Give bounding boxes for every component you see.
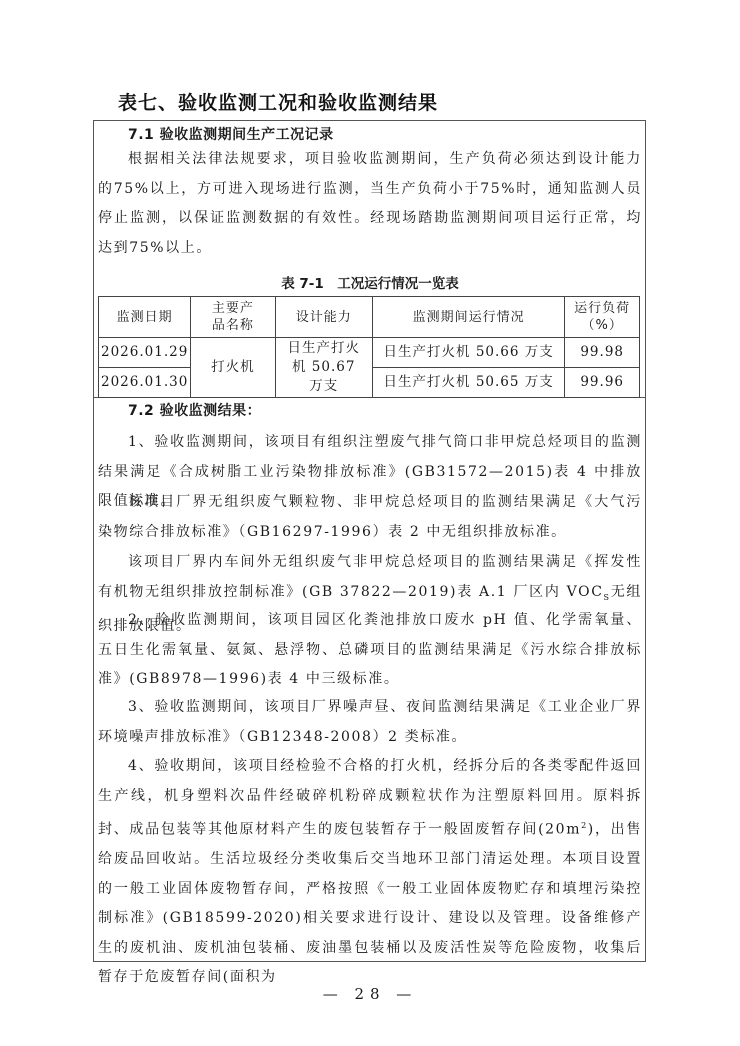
cell-date: 2026.01.29	[99, 338, 191, 368]
header-operation: 监测期间运行情况	[372, 297, 564, 338]
section-7-1-heading: 7.1 验收监测期间生产工况记录	[128, 124, 334, 144]
cell-operation: 日生产打火机 50.65 万支	[372, 368, 564, 398]
result-paragraph-5: 3、验收监测期间，该项目厂界噪声昼、夜间监测结果满足《工业企业厂界环境噪声排放标…	[98, 693, 642, 752]
table-header-row: 监测日期 主要产品名称 设计能力 监测期间运行情况 运行负荷（%）	[99, 297, 640, 338]
cell-product: 打火机	[191, 338, 275, 398]
header-product: 主要产品名称	[191, 297, 275, 338]
header-date: 监测日期	[99, 297, 191, 338]
section-7-2-heading: 7.2 验收监测结果：	[128, 400, 261, 420]
chapter-title: 表七、验收监测工况和验收监测结果	[118, 88, 438, 115]
page-number: — 28 —	[0, 985, 740, 1003]
cell-capacity: 日生产打火机 50.67 万支	[275, 338, 372, 398]
table-7-1: 监测日期 主要产品名称 设计能力 监测期间运行情况 运行负荷（%） 2026.0…	[98, 296, 640, 398]
cell-date: 2026.01.30	[99, 368, 191, 398]
result-paragraph-2: 该项目厂界无组织废气颗粒物、非甲烷总烃项目的监测结果满足《大气污染物综合排放标准…	[98, 488, 642, 547]
header-capacity: 设计能力	[275, 297, 372, 338]
table-row: 2026.01.29 打火机 日生产打火机 50.67 万支 日生产打火机 50…	[99, 338, 640, 368]
cell-operation: 日生产打火机 50.66 万支	[372, 338, 564, 368]
header-load: 运行负荷（%）	[565, 297, 640, 338]
result-paragraph-6: 4、验收期间，该项目经检验不合格的打火机，经拆分后的各类零配件返回生产线，机身塑…	[98, 752, 642, 993]
result-paragraph-4: 2、验收监测期间，该项目园区化粪池排放口废水 pH 值、化学需氧量、五日生化需氧…	[98, 606, 642, 695]
table-7-1-caption: 表 7-1 工况运行情况一览表	[98, 272, 642, 292]
cell-load: 99.98	[565, 338, 640, 368]
section-7-1-paragraph: 根据相关法律法规要求，项目验收监测期间，生产负荷必须达到设计能力的75%以上，方…	[98, 145, 642, 263]
cell-load: 99.96	[565, 368, 640, 398]
